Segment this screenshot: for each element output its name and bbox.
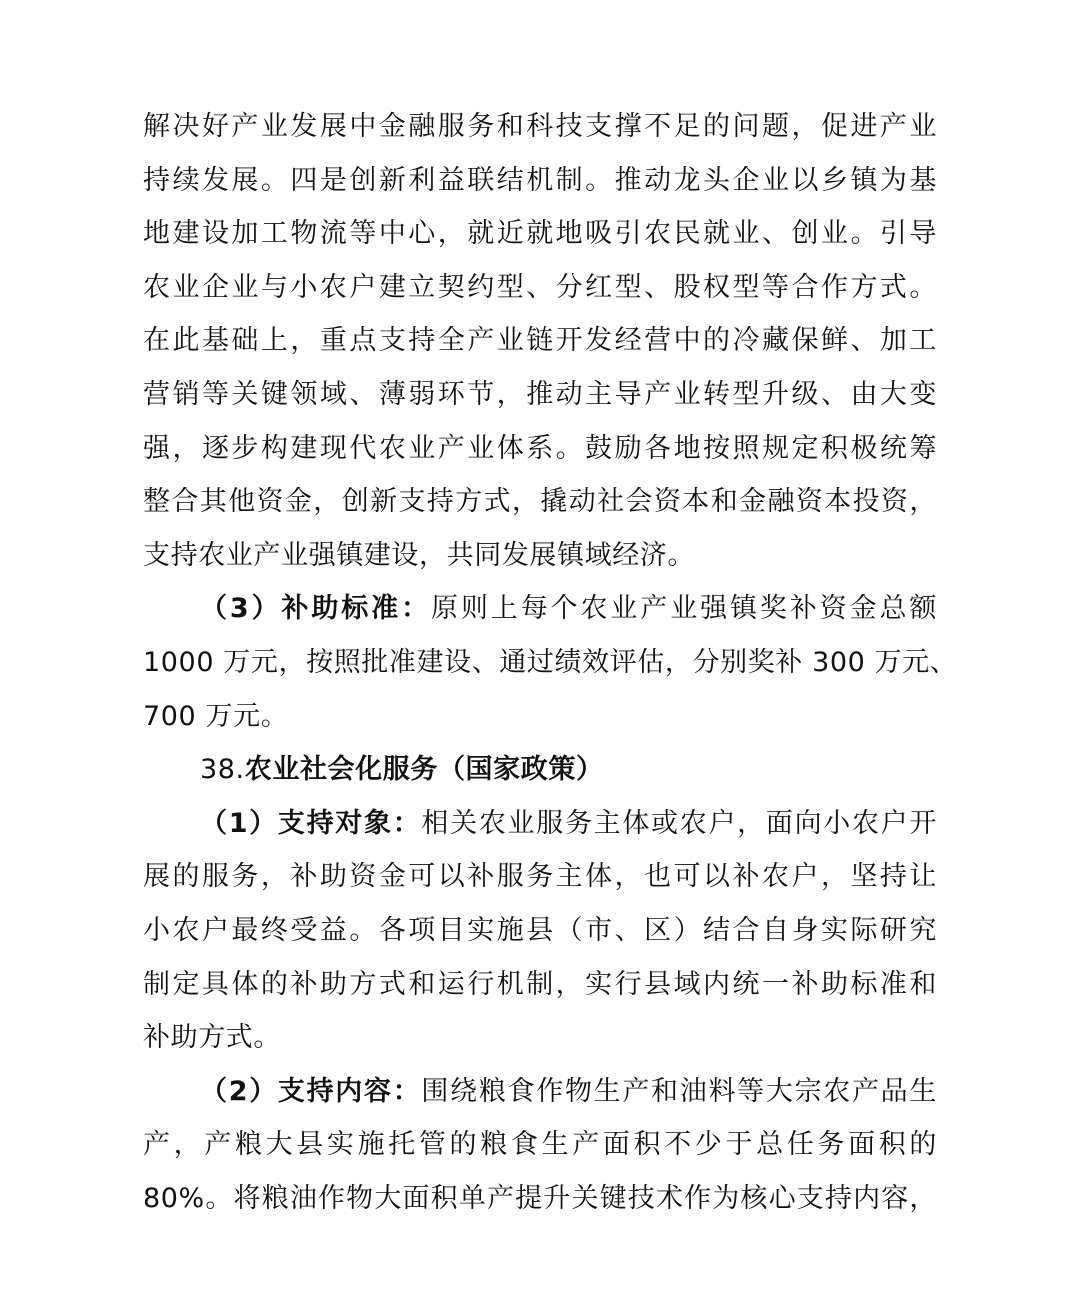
text-line: 地建设加工物流等中心，就近就地吸引农民就业、创业。引导 [143,207,937,261]
section-number: 38. [200,754,245,785]
section-heading-38: 38.农业社会化服务（国家政策） [143,743,937,797]
text-line: 小农户最终受益。各项目实施县（市、区）结合自身实际研究 [143,904,937,958]
text-line: 制定具体的补助方式和运行机制，实行县域内统一补助标准和 [143,958,937,1012]
paragraph-support-content: （2）支持内容：围绕粮食作物生产和油料等大宗农产品生 产，产粮大县实施托管的粮食… [143,1065,937,1226]
text-line: 在此基础上，重点支持全产业链开发经营中的冷藏保鲜、加工 [143,314,937,368]
subsidy-standard-label: （3）补助标准： [200,593,431,624]
text-line: 解决好产业发展中金融服务和科技支撑不足的问题，促进产业 [143,100,937,154]
text-line: 强，逐步构建现代农业产业体系。鼓励各地按照规定积极统筹 [143,422,937,476]
text-line: 补助方式。 [143,1011,937,1065]
text-line: 整合其他资金，创新支持方式，撬动社会资本和金融资本投资， [143,475,937,529]
paragraph-subsidy-standard: （3）补助标准：原则上每个农业产业强镇奖补资金总额 1000 万元，按照批准建设… [143,582,937,743]
section-title: 农业社会化服务（国家政策） [245,754,604,785]
support-target-text: 相关农业服务主体或农户，面向小农户开 [421,808,937,839]
text-line: （2）支持内容：围绕粮食作物生产和油料等大宗农产品生 [143,1065,937,1119]
support-target-label: （1）支持对象： [200,808,421,839]
text-line: 营销等关键领域、薄弱环节，推动主导产业转型升级、由大变 [143,368,937,422]
text-line: 产，产粮大县实施托管的粮食生产面积不少于总任务面积的 [143,1118,937,1172]
support-content-label: （2）支持内容： [200,1076,421,1107]
text-line: 700 万元。 [143,690,937,744]
support-content-text: 围绕粮食作物生产和油料等大宗农产品生 [421,1076,937,1107]
text-line: 支持农业产业强镇建设，共同发展镇域经济。 [143,529,937,583]
subsidy-standard-text: 原则上每个农业产业强镇奖补资金总额 [431,593,937,624]
text-line: 农业企业与小农户建立契约型、分红型、股权型等合作方式。 [143,261,937,315]
text-line: 展的服务，补助资金可以补服务主体，也可以补农户，坚持让 [143,850,937,904]
paragraph-support-target: （1）支持对象：相关农业服务主体或农户，面向小农户开 展的服务，补助资金可以补服… [143,797,937,1065]
document-page: 解决好产业发展中金融服务和科技支撑不足的问题，促进产业 持续发展。四是创新利益联… [143,100,937,1225]
text-line: （3）补助标准：原则上每个农业产业强镇奖补资金总额 [143,582,937,636]
text-line: 1000 万元，按照批准建设、通过绩效评估，分别奖补 300 万元、 [143,636,937,690]
text-line: 持续发展。四是创新利益联结机制。推动龙头企业以乡镇为基 [143,154,937,208]
paragraph-rural-industry: 解决好产业发展中金融服务和科技支撑不足的问题，促进产业 持续发展。四是创新利益联… [143,100,937,582]
text-line: （1）支持对象：相关农业服务主体或农户，面向小农户开 [143,797,937,851]
text-line: 80%。将粮油作物大面积单产提升关键技术作为核心支持内容， [143,1172,937,1226]
